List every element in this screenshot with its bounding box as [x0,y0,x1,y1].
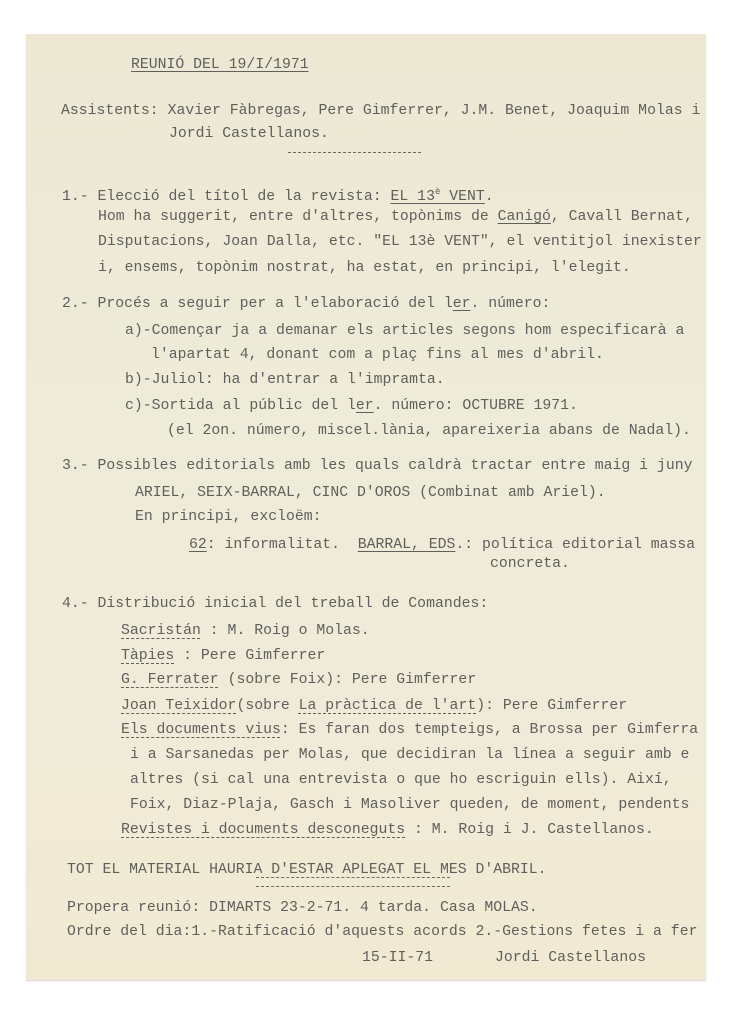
item2-heading: 2.- Procés a seguir per a l'elaboració d… [62,295,550,313]
attendees-names: Xavier Fàbregas, Pere Gimferrer, J.M. Be… [159,103,701,119]
magazine-title: EL 13è VENT [391,189,485,205]
signature: Jordi Castellanos [495,949,646,967]
item2-heading-b: . número: [470,296,550,312]
separator-dashes [288,152,421,153]
item3-heading: 3.- Possibles editorials amb les quals c… [62,457,692,475]
topic-documents-vius: Els documents vius [121,722,281,738]
documents-vius-text: : Es faran dos tempteigs, a Brossa per G… [281,722,698,738]
assignment-sacristan: Sacristán : M. Roig o Molas. [121,622,370,640]
item4-heading-text: Distribució inicial del treball de Coman… [89,596,489,612]
item1-heading: 1.- Elecció del títol de la revista: EL … [62,183,494,206]
excl-62: 62 [189,537,207,553]
double-underline-2 [256,886,450,887]
assignment-documents-vius: Els documents vius: Es faran dos temptei… [121,721,698,739]
item1-line-2: Disputacions, Joan Dalla, etc. "EL 13è V… [98,233,702,251]
item1-line-1a: Hom ha suggerit, entre d'altres, topònim… [98,209,498,225]
excl-62-reason: : informalitat. [207,537,358,553]
assignment-tapies: Tàpies : Pere Gimferrer [121,647,325,665]
item3-publishers: ARIEL, SEIX-BARRAL, CINC D'OROS (Combina… [135,484,606,502]
magazine-title-end: VENT [440,189,484,205]
assignment-revistes: Revistes i documents desconeguts : M. Ro… [121,821,654,839]
item2-number: 2.- [62,296,89,312]
next-meeting: Propera reunió: DIMARTS 23-2-71. 4 tarda… [67,899,538,917]
item2-c-a: c)-Sortida al públic del l [125,398,356,414]
material-deadline-b: D'ABRIL. [467,862,547,878]
item2-c: c)-Sortida al públic del ler. número: OC… [125,397,578,415]
attendees-label: Assistents: [61,103,159,119]
agenda: Ordre del dia:1.-Ratificació d'aquests a… [67,923,697,941]
item1-line-3: i, ensems, topònim nostrat, ha estat, en… [98,259,631,277]
assignee-teixidor: ): Pere Gimferrer [476,698,627,714]
item2-heading-u: er [453,296,471,312]
assignment-teixidor: Joan Teixidor(sobre La pràctica de l'art… [121,697,627,715]
assignment-ferrater: G. Ferrater (sobre Foix): Pere Gimferrer [121,671,476,689]
teixidor-sobre: (sobre [236,698,298,714]
item3-exclusion-intro: En principi, excloëm: [135,508,321,526]
item3-exclusions: 62: informalitat. BARRAL, EDS.: política… [189,536,695,554]
documents-vius-line-4: Foix, Diaz-Plaja, Gasch i Masoliver qued… [130,796,689,814]
topic-teixidor: Joan Teixidor [121,698,236,714]
canigo-text: Canigó [498,209,551,225]
item2-c-u: er [356,398,374,414]
item2-a-line-1: a)-Començar ja a demanar els articles se… [125,322,684,340]
item2-a-line-2: l'apartat 4, donant com a plaç fins al m… [151,346,604,364]
item3-heading-text: Possibles editorials amb les quals caldr… [89,458,693,474]
item2-heading-a: Procés a seguir per a l'elaboració del l [89,296,453,312]
documents-vius-line-3: altres (si cal una entrevista o que ho e… [130,771,672,789]
attendees-line-1: Assistents: Xavier Fàbregas, Pere Gimfer… [61,102,700,120]
item1-line-1: Hom ha suggerit, entre d'altres, topònim… [98,208,693,226]
topic-practica-art: La pràctica de l'art [299,698,477,714]
topic-sacristan: Sacristán [121,623,201,639]
assignee-sacristan: : M. Roig o Molas. [201,623,370,639]
excl-barral: BARRAL, EDS [358,537,456,553]
item3-number: 3.- [62,458,89,474]
item1-heading-text: Elecció del títol de la revista: [89,189,391,205]
topic-revistes: Revistes i documents desconeguts [121,822,405,838]
assignee-ferrater: (sobre Foix): Pere Gimferrer [219,672,477,688]
item4-number: 4.- [62,596,89,612]
material-deadline-u: D'ESTAR APLEGAT EL MES [271,862,466,878]
magazine-title-main: EL 13 [391,189,435,205]
item3-exclusions-cont: concreta. [490,555,570,573]
item4-heading: 4.- Distribució inicial del treball de C… [62,595,488,613]
typed-document-page: REUNIÓ DEL 19/I/1971 Assistents: Xavier … [26,34,706,980]
material-deadline-a: TOT EL MATERIAL HAURIA [67,862,271,878]
item1-line-1b: , Cavall Bernat, [551,209,693,225]
assignee-revistes: : M. Roig i J. Castellanos. [405,822,654,838]
double-underline-1 [256,877,450,878]
item2-b: b)-Juliol: ha d'entrar a l'impramta. [125,371,445,389]
topic-tapies: Tàpies [121,648,174,664]
title-text: REUNIÓ DEL 19/I/1971 [131,57,309,73]
item2-c-b: . número: OCTUBRE 1971. [374,398,578,414]
excl-barral-reason: .: política editorial massa [455,537,695,553]
assignee-tapies: : Pere Gimferrer [174,648,325,664]
topic-ferrater: G. Ferrater [121,672,219,688]
document-title: REUNIÓ DEL 19/I/1971 [131,56,309,74]
documents-vius-line-2: i a Sarsanedas per Molas, que decidiran … [130,746,689,764]
item2-c-note: (el 2on. número, miscel.lània, apareixer… [167,422,691,440]
document-date: 15-II-71 [362,949,433,967]
item1-number: 1.- [62,189,89,205]
attendees-line-2: Jordi Castellanos. [169,125,329,143]
item1-heading-end: . [485,189,494,205]
